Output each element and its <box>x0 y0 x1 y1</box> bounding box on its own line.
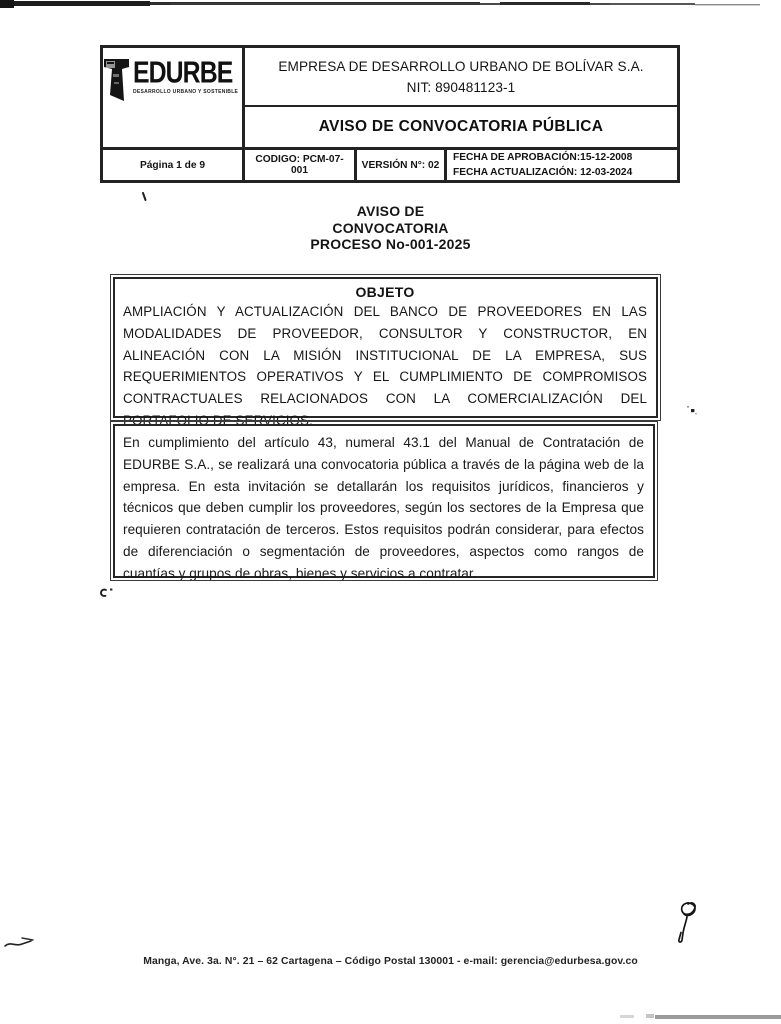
logo-text-column: EDURBE DESARROLLO URBANO Y SOSTENIBLE <box>133 58 241 95</box>
logo-cell: EDURBE DESARROLLO URBANO Y SOSTENIBLE <box>103 48 245 147</box>
scan-artifact-bottom-right-bar <box>620 1014 781 1019</box>
logo-wordmark: EDURBE <box>133 58 232 88</box>
compliance-box: En cumplimiento del artículo 43, numeral… <box>113 424 655 578</box>
scan-artifact-speck <box>687 406 697 414</box>
logo-tagline: DESARROLLO URBANO Y SOSTENIBLE <box>133 89 241 95</box>
approval-date: FECHA DE APROBACIÓN:15-12-2008 <box>453 152 632 163</box>
update-date: FECHA ACTUALIZACIÓN: 12-03-2024 <box>453 167 632 178</box>
footer-address: Manga, Ave. 3a. N°. 21 – 62 Cartagena – … <box>0 956 781 967</box>
edurbe-logo: EDURBE DESARROLLO URBANO Y SOSTENIBLE <box>104 58 241 104</box>
company-name: EMPRESA DE DESARROLLO URBANO DE BOLÍVAR … <box>278 59 643 74</box>
objeto-heading: OBJETO <box>123 284 647 300</box>
scan-artifact-left-margin-scribble <box>101 589 112 596</box>
main-title-line1: AVISO DE <box>0 203 781 220</box>
scan-artifact-top-edge-line <box>0 0 760 8</box>
document-header-table: EDURBE DESARROLLO URBANO Y SOSTENIBLE EM… <box>100 45 680 183</box>
objeto-body-text: AMPLIACIÓN Y ACTUALIZACIÓN DEL BANCO DE … <box>123 301 647 432</box>
scanned-document-page: EDURBE DESARROLLO URBANO Y SOSTENIBLE EM… <box>0 0 781 1024</box>
document-version: VERSIÓN N°: 02 <box>357 147 447 180</box>
scan-artifact-handwritten-doodle <box>679 903 695 942</box>
main-title-line2: CONVOCATORIA <box>0 220 781 237</box>
scan-artifact-apostrophe-mark <box>143 193 146 200</box>
document-type-title: AVISO DE CONVOCATORIA PÚBLICA <box>245 107 677 147</box>
objeto-box: OBJETO AMPLIACIÓN Y ACTUALIZACIÓN DEL BA… <box>113 277 658 418</box>
company-header-cell: EMPRESA DE DESARROLLO URBANO DE BOLÍVAR … <box>245 48 677 107</box>
compliance-body-text: En cumplimiento del artículo 43, numeral… <box>123 432 644 585</box>
document-dates-cell: FECHA DE APROBACIÓN:15-12-2008 FECHA ACT… <box>447 147 677 180</box>
document-code: CODIGO: PCM-07-001 <box>245 147 357 180</box>
page-indicator: Página 1 de 9 <box>103 147 245 180</box>
scan-artifact-bottom-left-squiggle <box>5 938 33 946</box>
main-title-line3: PROCESO No-001-2025 <box>0 236 781 253</box>
company-nit: NIT: 890481123-1 <box>407 80 516 95</box>
main-title-block: AVISO DE CONVOCATORIA PROCESO No-001-202… <box>0 203 781 253</box>
edurbe-logo-mark-icon <box>104 58 130 104</box>
